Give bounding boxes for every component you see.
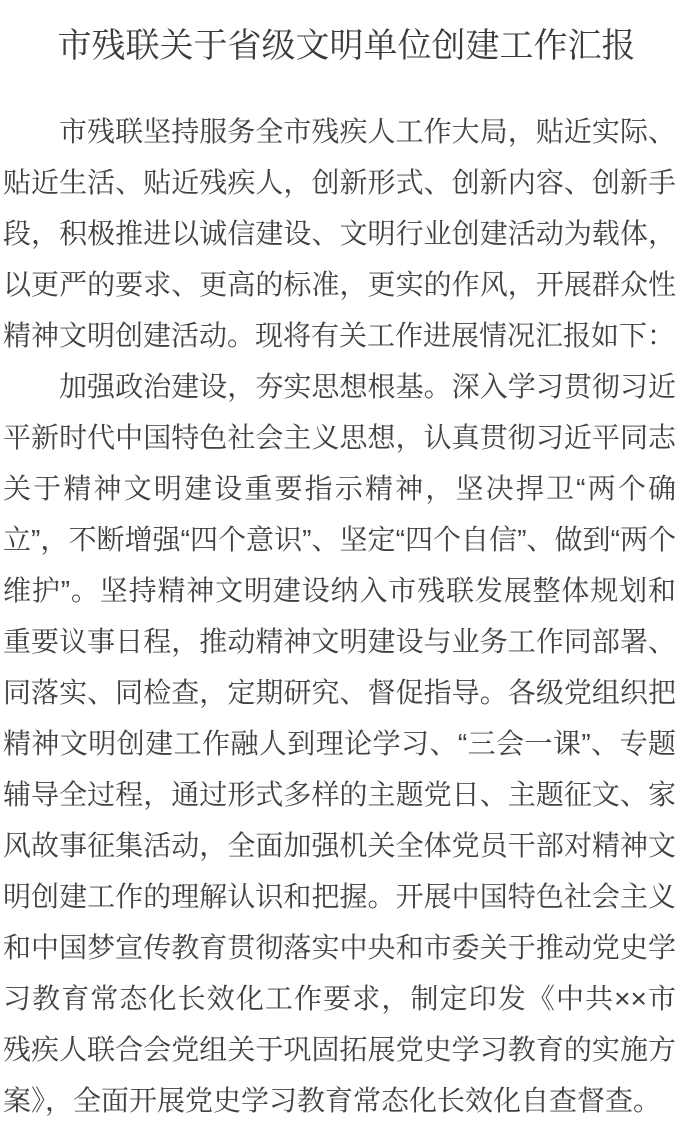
document-title: 市残联关于省级文明单位创建工作汇报 [0, 24, 693, 68]
paragraph-political-building: 加强政治建设，夯实思想根基。深入学习贯彻习近平新时代中国特色社会主义思想，认真贯… [3, 361, 676, 1126]
paragraph-intro: 市残联坚持服务全市残疾人工作大局，贴近实际、贴近生活、贴近残疾人，创新形式、创新… [3, 106, 676, 361]
document-page: 市残联关于省级文明单位创建工作汇报 市残联坚持服务全市残疾人工作大局，贴近实际、… [0, 0, 693, 1146]
